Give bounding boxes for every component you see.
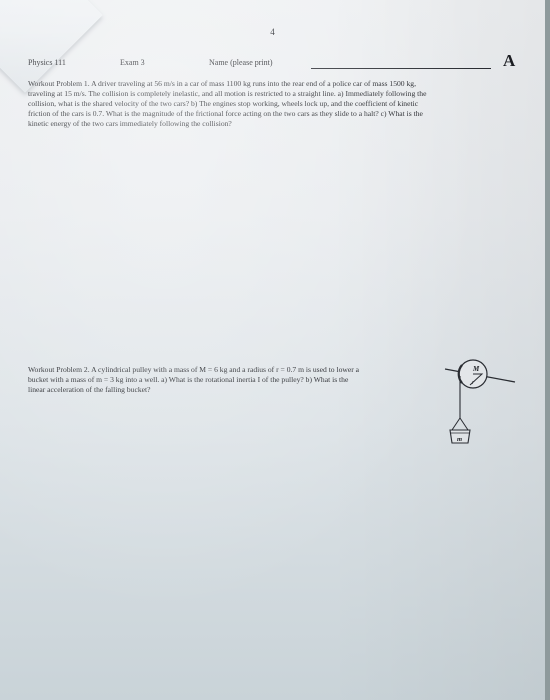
problem-line: bucket with a mass of m = 3 kg into a we… (28, 375, 428, 385)
problem-line: collision, what is the shared velocity o… (28, 99, 516, 109)
problem-line: traveling at 15 m/s. The collision is co… (28, 89, 516, 99)
problem-line: friction of the cars is 0.7. What is the… (28, 109, 516, 119)
bucket-handle (452, 418, 468, 430)
pulley-mass-label: M (472, 365, 480, 373)
problem-line: Workout Problem 2. A cylindrical pulley … (28, 365, 428, 375)
bucket-mass-label: m (457, 436, 462, 443)
course-title: Physics 111 (28, 58, 66, 67)
pulley-bucket-diagram: M r m (440, 358, 520, 448)
problem-line: Workout Problem 1. A driver traveling at… (28, 79, 516, 89)
problem-line: linear acceleration of the falling bucke… (28, 385, 428, 395)
name-label: Name (please print) (209, 58, 273, 67)
workout-problem-1: Workout Problem 1. A driver traveling at… (28, 79, 516, 129)
name-blank-line (311, 68, 491, 69)
page-number: 4 (0, 27, 545, 37)
exam-title: Exam 3 (120, 58, 145, 67)
problem-line: kinetic energy of the two cars immediate… (28, 119, 516, 129)
workout-problem-2: Workout Problem 2. A cylindrical pulley … (28, 365, 428, 395)
exam-page: 4 Physics 111 Exam 3 Name (please print)… (0, 0, 545, 700)
exam-version: A (503, 51, 515, 71)
exam-header: Physics 111 Exam 3 Name (please print) A (28, 55, 498, 71)
